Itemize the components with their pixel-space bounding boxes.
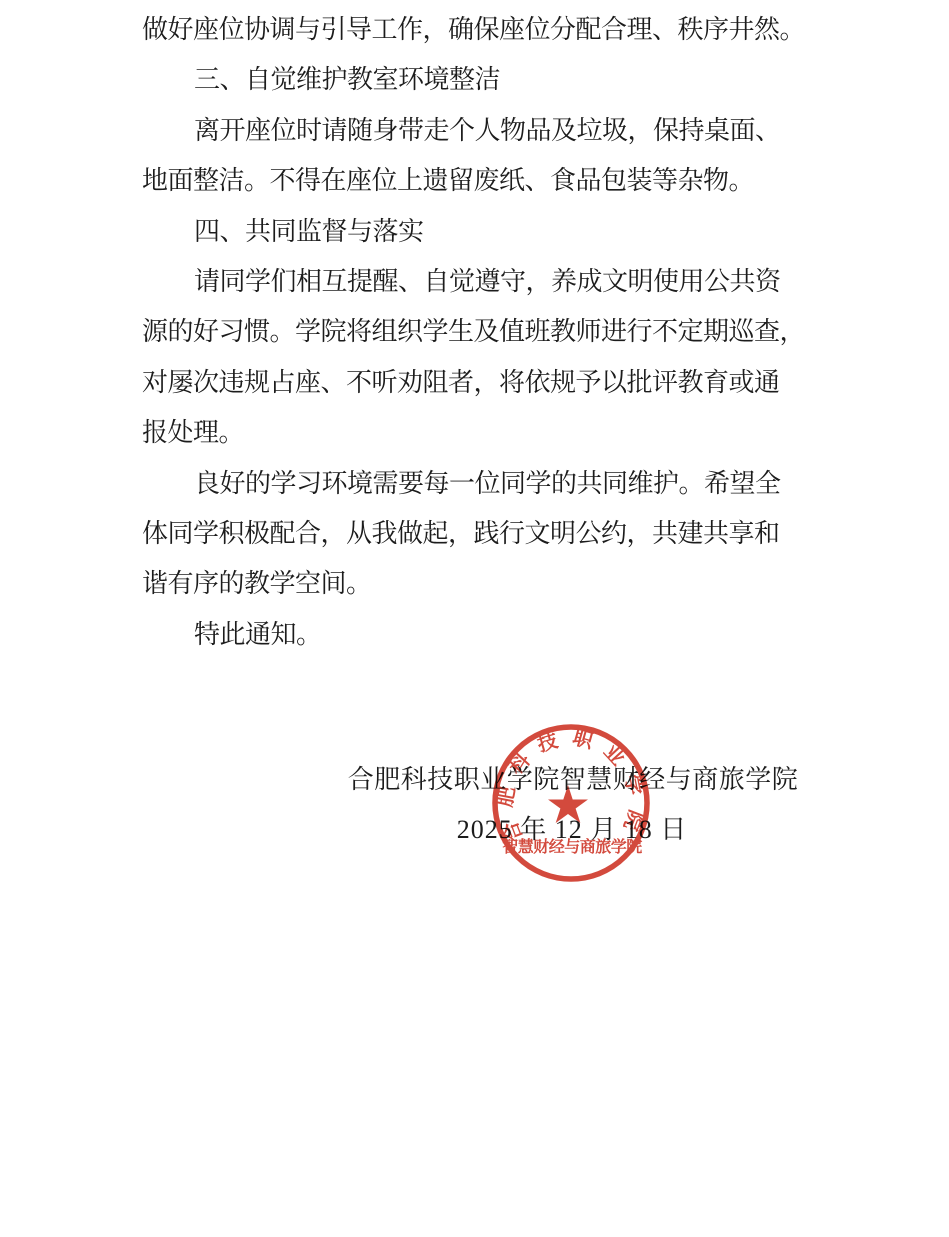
signature-date: 2025 年 12 月 18 日 [457, 805, 688, 855]
document-body: 做好座位协调与引导工作，确保座位分配合理、秩序井然。三、自觉维护教室环境整洁离开… [142, 5, 812, 660]
body-text-line: 源的好习惯。学院将组织学生及值班教师进行不定期巡查， [142, 307, 812, 357]
body-text-line: 三、自觉维护教室环境整洁 [142, 55, 812, 105]
body-text-line: 请同学们相互提醒、自觉遵守，养成文明使用公共资 [142, 257, 812, 307]
document-page: 做好座位协调与引导工作，确保座位分配合理、秩序井然。三、自觉维护教室环境整洁离开… [0, 0, 949, 1237]
body-text-line: 特此通知。 [142, 610, 812, 660]
body-text-line: 做好座位协调与引导工作，确保座位分配合理、秩序井然。 [142, 5, 812, 55]
body-text-line: 对屡次违规占座、不听劝阻者，将依规予以批评教育或通 [142, 358, 812, 408]
body-text-line: 谐有序的教学空间。 [142, 559, 812, 609]
body-text-line: 报处理。 [142, 408, 812, 458]
body-text-line: 离开座位时请随身带走个人物品及垃圾，保持桌面、 [142, 106, 812, 156]
body-text-line: 良好的学习环境需要每一位同学的共同维护。希望全 [142, 459, 812, 509]
signature-organization: 合肥科技职业学院智慧财经与商旅学院 [348, 755, 799, 805]
body-text-line: 体同学积极配合，从我做起，践行文明公约，共建共享和 [142, 509, 812, 559]
body-text-line: 地面整洁。不得在座位上遗留废纸、食品包装等杂物。 [142, 156, 812, 206]
body-text-line: 四、共同监督与落实 [142, 207, 812, 257]
